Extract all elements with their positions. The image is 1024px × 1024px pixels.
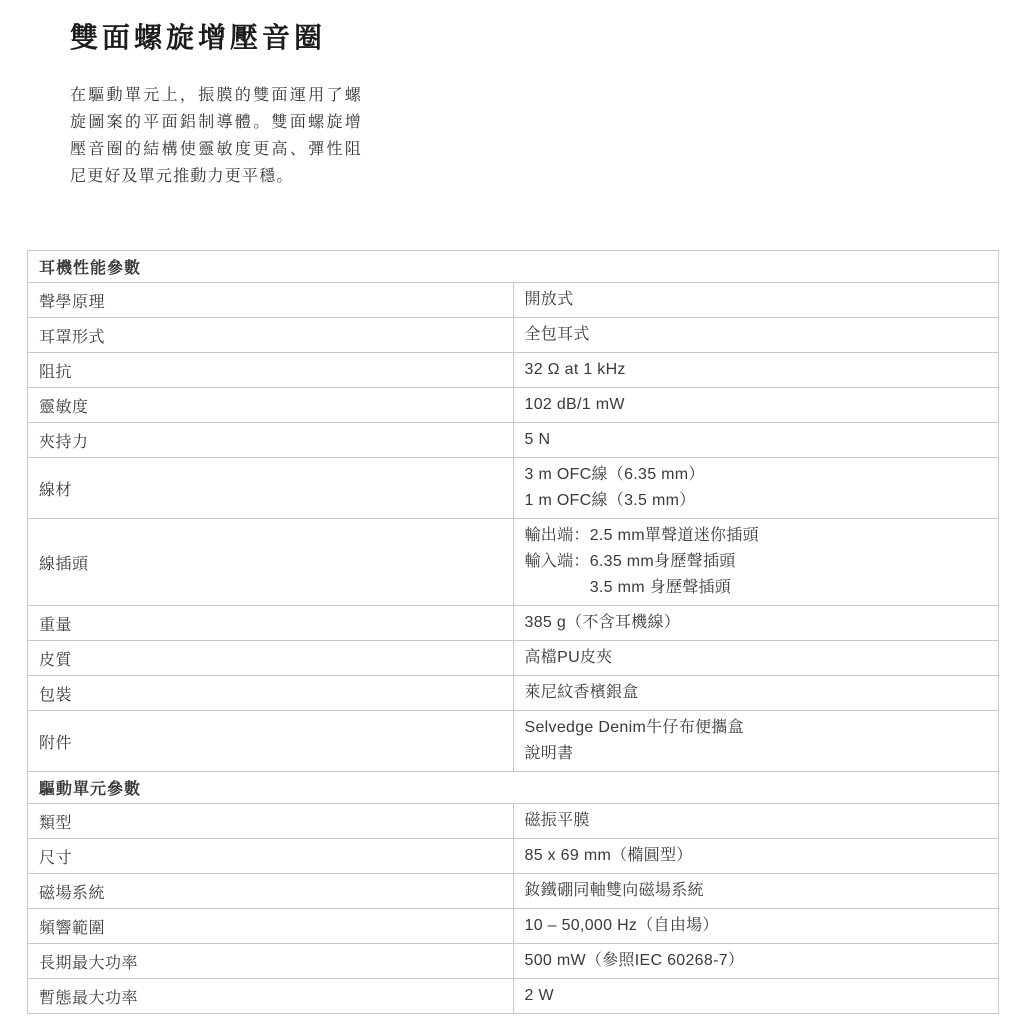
spec-label: 線插頭 xyxy=(28,519,514,606)
spec-value-line: 磁振平膜 xyxy=(525,808,988,834)
spec-value-line: 385 g（不含耳機線） xyxy=(525,610,988,636)
spec-row: 附件Selvedge Denim牛仔布便攜盒說明書 xyxy=(28,711,999,772)
spec-value: 32 Ω at 1 kHz xyxy=(513,353,999,388)
spec-value: 10 – 50,000 Hz（自由場） xyxy=(513,909,999,944)
section-header: 驅動單元參數 xyxy=(28,772,999,804)
spec-value: 102 dB/1 mW xyxy=(513,388,999,423)
spec-row: 包裝萊尼紋香檳銀盒 xyxy=(28,676,999,711)
spec-value: 3 m OFC線（6.35 mm）1 m OFC線（3.5 mm） xyxy=(513,458,999,519)
spec-value-line: 2 W xyxy=(525,983,988,1009)
spec-label: 附件 xyxy=(28,711,514,772)
spec-value: 高檔PU皮夾 xyxy=(513,641,999,676)
spec-label: 頻響範圍 xyxy=(28,909,514,944)
spec-table: 耳機性能參數聲學原理開放式耳罩形式全包耳式阻抗32 Ω at 1 kHz靈敏度1… xyxy=(27,250,999,1014)
spec-label: 暫態最大功率 xyxy=(28,979,514,1014)
spec-label: 包裝 xyxy=(28,676,514,711)
spec-row: 阻抗32 Ω at 1 kHz xyxy=(28,353,999,388)
section-header-row: 耳機性能參數 xyxy=(28,251,999,283)
spec-value-line: 500 mW（參照IEC 60268-7） xyxy=(525,948,988,974)
spec-value-line: 輸出端：2.5 mm單聲道迷你插頭 xyxy=(525,523,988,549)
spec-label: 夾持力 xyxy=(28,423,514,458)
spec-table-body: 耳機性能參數聲學原理開放式耳罩形式全包耳式阻抗32 Ω at 1 kHz靈敏度1… xyxy=(28,251,999,1014)
product-description: 在驅動單元上，振膜的雙面運用了螺旋圖案的平面鋁制導體。雙面螺旋增壓音圈的結構使靈… xyxy=(70,82,362,190)
spec-row: 頻響範圍10 – 50,000 Hz（自由場） xyxy=(28,909,999,944)
spec-value: 輸出端：2.5 mm單聲道迷你插頭輸入端：6.35 mm身歷聲插頭 3.5 mm… xyxy=(513,519,999,606)
spec-label: 皮質 xyxy=(28,641,514,676)
spec-label: 類型 xyxy=(28,804,514,839)
page-title: 雙面螺旋增壓音圈 xyxy=(70,16,1024,56)
spec-row: 類型磁振平膜 xyxy=(28,804,999,839)
spec-label: 耳罩形式 xyxy=(28,318,514,353)
spec-row: 重量385 g（不含耳機線） xyxy=(28,606,999,641)
spec-value-line: 1 m OFC線（3.5 mm） xyxy=(525,488,988,514)
spec-label: 重量 xyxy=(28,606,514,641)
spec-row: 線插頭輸出端：2.5 mm單聲道迷你插頭輸入端：6.35 mm身歷聲插頭 3.5… xyxy=(28,519,999,606)
spec-row: 夾持力5 N xyxy=(28,423,999,458)
spec-value-line: 開放式 xyxy=(525,287,988,313)
spec-value-line: 說明書 xyxy=(525,741,988,767)
spec-label: 聲學原理 xyxy=(28,283,514,318)
section-header-row: 驅動單元參數 xyxy=(28,772,999,804)
spec-value-line: 32 Ω at 1 kHz xyxy=(525,357,988,383)
spec-row: 暫態最大功率2 W xyxy=(28,979,999,1014)
spec-row: 磁場系統釹鐵硼同軸雙向磁場系統 xyxy=(28,874,999,909)
spec-row: 長期最大功率500 mW（參照IEC 60268-7） xyxy=(28,944,999,979)
spec-value-line: 5 N xyxy=(525,427,988,453)
spec-value: 釹鐵硼同軸雙向磁場系統 xyxy=(513,874,999,909)
product-spec-page: 雙面螺旋增壓音圈 在驅動單元上，振膜的雙面運用了螺旋圖案的平面鋁制導體。雙面螺旋… xyxy=(0,0,1024,1024)
spec-row: 皮質高檔PU皮夾 xyxy=(28,641,999,676)
spec-value: Selvedge Denim牛仔布便攜盒說明書 xyxy=(513,711,999,772)
spec-label: 磁場系統 xyxy=(28,874,514,909)
spec-row: 線材3 m OFC線（6.35 mm）1 m OFC線（3.5 mm） xyxy=(28,458,999,519)
spec-value: 全包耳式 xyxy=(513,318,999,353)
spec-value: 萊尼紋香檳銀盒 xyxy=(513,676,999,711)
spec-value-line: 3.5 mm 身歷聲插頭 xyxy=(525,575,988,601)
spec-label: 長期最大功率 xyxy=(28,944,514,979)
spec-value: 385 g（不含耳機線） xyxy=(513,606,999,641)
spec-label: 靈敏度 xyxy=(28,388,514,423)
spec-row: 聲學原理開放式 xyxy=(28,283,999,318)
spec-value-line: 釹鐵硼同軸雙向磁場系統 xyxy=(525,878,988,904)
spec-label: 阻抗 xyxy=(28,353,514,388)
spec-value: 2 W xyxy=(513,979,999,1014)
spec-value: 磁振平膜 xyxy=(513,804,999,839)
spec-value-line: 全包耳式 xyxy=(525,322,988,348)
section-header: 耳機性能參數 xyxy=(28,251,999,283)
spec-value-line: 3 m OFC線（6.35 mm） xyxy=(525,462,988,488)
spec-value-line: 高檔PU皮夾 xyxy=(525,645,988,671)
spec-value-line: 102 dB/1 mW xyxy=(525,392,988,418)
spec-row: 耳罩形式全包耳式 xyxy=(28,318,999,353)
spec-label: 線材 xyxy=(28,458,514,519)
spec-value-line: 輸入端：6.35 mm身歷聲插頭 xyxy=(525,549,988,575)
spec-value: 500 mW（參照IEC 60268-7） xyxy=(513,944,999,979)
spec-value-line: 10 – 50,000 Hz（自由場） xyxy=(525,913,988,939)
spec-value-line: 85 x 69 mm（橢圓型） xyxy=(525,843,988,869)
spec-value: 開放式 xyxy=(513,283,999,318)
spec-value-line: Selvedge Denim牛仔布便攜盒 xyxy=(525,715,988,741)
spec-row: 尺寸85 x 69 mm（橢圓型） xyxy=(28,839,999,874)
spec-value-line: 萊尼紋香檳銀盒 xyxy=(525,680,988,706)
spec-value: 5 N xyxy=(513,423,999,458)
spec-label: 尺寸 xyxy=(28,839,514,874)
spec-row: 靈敏度102 dB/1 mW xyxy=(28,388,999,423)
spec-value: 85 x 69 mm（橢圓型） xyxy=(513,839,999,874)
